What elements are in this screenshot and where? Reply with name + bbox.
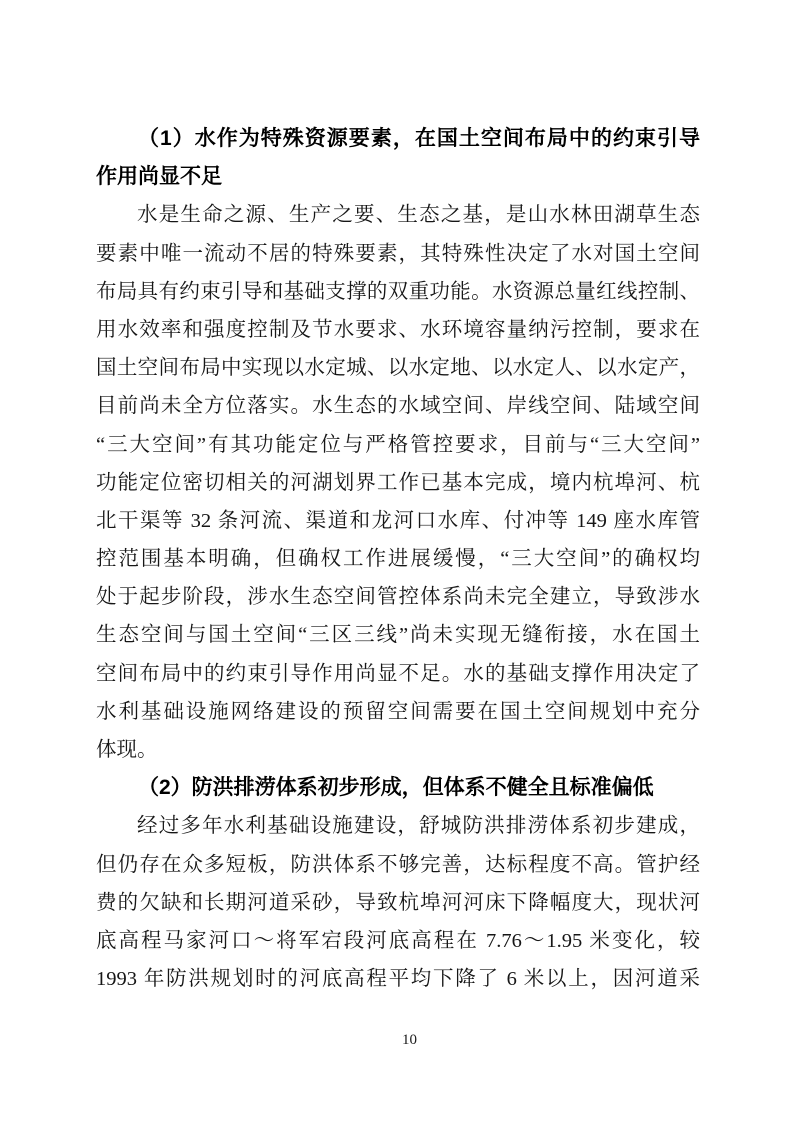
- paragraph-line: 水是生命之源、生产之要、生态之基，是山水林田湖草生态: [96, 196, 700, 234]
- paragraph-line: 国土空间布局中实现以水定城、以水定地、以水定人、以水定产，: [96, 349, 700, 387]
- paragraph-line: 用水效率和强度控制及节水要求、水环境容量纳污控制，要求在: [96, 311, 700, 349]
- paragraph-line: 空间布局中的约束引导作用尚显不足。水的基础支撑作用决定了: [96, 655, 700, 693]
- paragraph-line: 处于起步阶段，涉水生态空间管控体系尚未完全建立，导致涉水: [96, 578, 700, 616]
- paragraph-line: 控范围基本明确，但确权工作进展缓慢，“三大空间”的确权均: [96, 540, 700, 578]
- heading-line: 作用尚显不足: [96, 158, 700, 196]
- paragraph-line: 功能定位密切相关的河湖划界工作已基本完成，境内杭埠河、杭: [96, 464, 700, 502]
- paragraph-line: “三大空间”有其功能定位与严格管控要求，目前与“三大空间”: [96, 426, 700, 464]
- paragraph-line: 1993 年防洪规划时的河底高程平均下降了 6 米以上，因河道采: [96, 960, 700, 998]
- heading-line: （1）水作为特殊资源要素，在国土空间布局中的约束引导: [96, 120, 700, 158]
- paragraph-line: 水利基础设施网络建设的预留空间需要在国土空间规划中充分: [96, 693, 700, 731]
- paragraph-line: 要素中唯一流动不居的特殊要素，其特殊性决定了水对国土空间: [96, 235, 700, 273]
- paragraph-line: 目前尚未全方位落实。水生态的水域空间、岸线空间、陆域空间: [96, 387, 700, 425]
- paragraph-line: 经过多年水利基础设施建设，舒城防洪排涝体系初步建成，: [96, 807, 700, 845]
- paragraph-line: 生态空间与国土空间“三区三线”尚未实现无缝衔接，水在国土: [96, 616, 700, 654]
- paragraph-line: 北干渠等 32 条河流、渠道和龙河口水库、付冲等 149 座水库管: [96, 502, 700, 540]
- heading-line: （2）防洪排涝体系初步形成，但体系不健全且标准偏低: [96, 769, 700, 807]
- paragraph-line: 布局具有约束引导和基础支撑的双重功能。水资源总量红线控制、: [96, 273, 700, 311]
- paragraph-line: 费的欠缺和长期河道采砂，导致杭埠河河床下降幅度大，现状河: [96, 884, 700, 922]
- page-number: 10: [0, 1032, 794, 1049]
- document-page: （1）水作为特殊资源要素，在国土空间布局中的约束引导作用尚显不足水是生命之源、生…: [0, 0, 794, 1122]
- paragraph-line: 但仍存在众多短板，防洪体系不够完善，达标程度不高。管护经: [96, 846, 700, 884]
- paragraph-line: 体现。: [96, 731, 700, 769]
- document-body: （1）水作为特殊资源要素，在国土空间布局中的约束引导作用尚显不足水是生命之源、生…: [96, 120, 700, 998]
- paragraph-line: 底高程马家河口～将军宕段河底高程在 7.76～1.95 米变化，较: [96, 922, 700, 960]
